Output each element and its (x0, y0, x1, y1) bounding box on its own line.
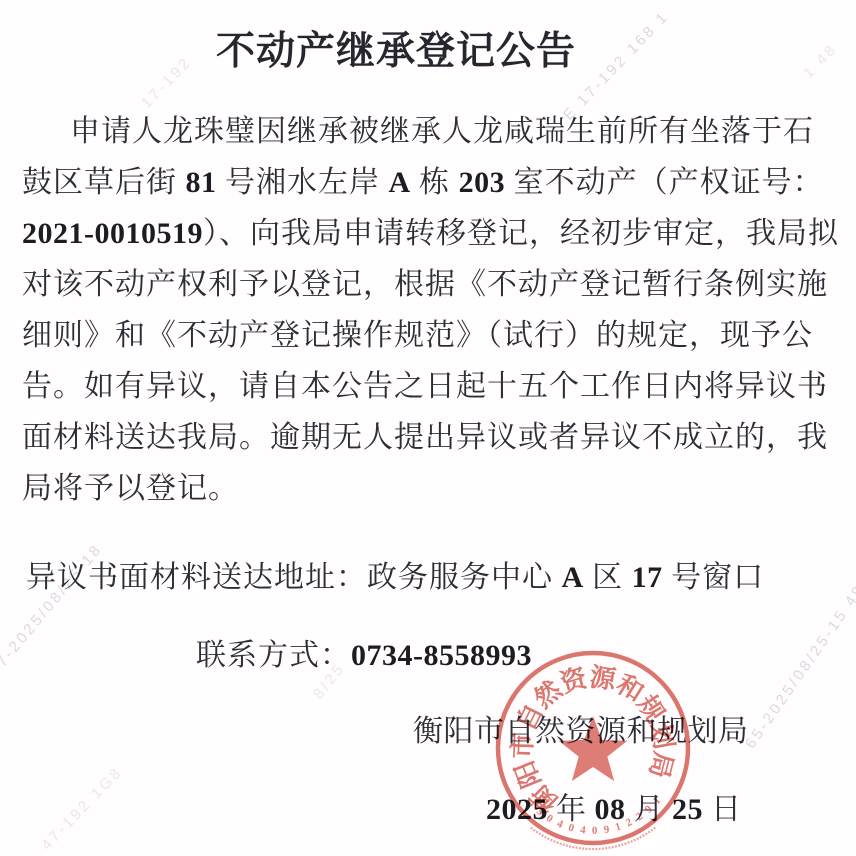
body-line: 细则》和《不动产登记操作规范》（试行）的规定，现予公 (22, 310, 832, 361)
watermark-text: 47-192 1G8 (38, 763, 126, 853)
issue-date: 2025 年 08 月 25 日 (486, 784, 742, 828)
issuing-agency: 衡阳市自然资源和规划局 (413, 706, 749, 750)
announcement-document: E 17-192 168 1 17-192 07-2025/08/25-18 6… (0, 0, 856, 856)
body-paragraph: 申请人龙珠璧因继承被继承人龙咸瑞生前所有坐落于石鼓区草后街 81 号湘水左岸 A… (22, 106, 832, 514)
body-line: 面材料送达我局。逾期无人提出异议或者异议不成立的，我 (22, 412, 832, 463)
watermark-text: 65-2025/08/25-15 48 (742, 581, 856, 752)
svg-text:局: 局 (644, 749, 678, 781)
svg-text:资: 资 (557, 662, 591, 698)
seal-microtext-line (531, 828, 655, 849)
watermark-text: 1 48 (800, 40, 841, 81)
body-line: 局将予以登记。 (22, 463, 832, 514)
body-line: 告。如有异议，请自本公告之日起十五个工作日内将异议书 (22, 361, 832, 412)
body-line: 申请人龙珠璧因继承被继承人龙咸瑞生前所有坐落于石 (22, 106, 832, 157)
svg-text:和: 和 (611, 669, 648, 707)
body-line: 2021-0010519）、向我局申请转移登记，经初步审定，我局拟 (22, 208, 832, 259)
contact-phone-line: 联系方式：0734-8558993 (196, 630, 532, 674)
svg-text:源: 源 (588, 663, 619, 695)
objection-address-line: 异议书面材料送达地址：政务服务中心 A 区 17 号窗口 (26, 552, 764, 596)
body-line: 对该不动产权利予以登记，根据《不动产登记暂行条例实施 (22, 259, 832, 310)
watermark-text: 17-192 (138, 53, 195, 111)
page-title: 不动产继承登记公告 (216, 20, 576, 76)
body-line: 鼓区草后街 81 号湘水左岸 A 栋 203 室不动产（产权证号： (22, 157, 832, 208)
